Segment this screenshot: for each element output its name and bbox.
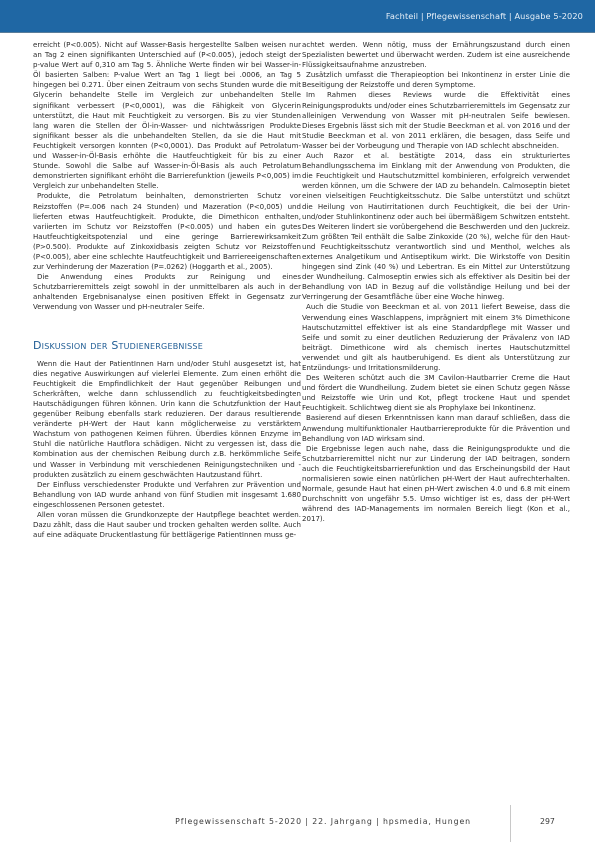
publication-info: Pflegewissenschaft 5-2020 | 22. Jahrgang… — [175, 817, 471, 826]
paragraph: Zusätzlich umfasst die Therapieoption be… — [302, 70, 570, 90]
paragraph: erreicht (P<0.005). Nicht auf Wasser-Bas… — [33, 40, 301, 191]
paragraph: Auch Razor et al. bestätigte 2014, dass … — [302, 151, 570, 302]
header-bar: Fachteil | Pflegewissenschaft | Ausgabe … — [0, 0, 595, 33]
paragraph: Im Rahmen dieses Reviews wurde die Effek… — [302, 90, 570, 151]
section-heading: Diskussion der Studienergebnisse — [33, 341, 301, 351]
left-column: erreicht (P<0.005). Nicht auf Wasser-Bas… — [33, 40, 301, 540]
paragraph: Die Ergebnisse legen auch nahe, dass die… — [302, 444, 570, 525]
running-title: Fachteil | Pflegewissenschaft | Ausgabe … — [386, 11, 583, 21]
paragraph: Basierend auf diesen Erkenntnissen kann … — [302, 413, 570, 443]
right-column: achtet werden. Wenn nötig, muss der Ernä… — [302, 40, 570, 525]
page-number: 297 — [540, 817, 555, 826]
paragraph: Produkte, die Petrolatum beinhalten, dem… — [33, 191, 301, 272]
paragraph: Die Anwendung eines Produkts zur Reinigu… — [33, 272, 301, 312]
paragraph: Der Einfluss verschiedenster Produkte un… — [33, 480, 301, 510]
paragraph: Wenn die Haut der PatientInnen Harn und/… — [33, 359, 301, 480]
page-footer: Pflegewissenschaft 5-2020 | 22. Jahrgang… — [0, 805, 595, 842]
paragraph: Allen voran müssen die Grundkonzepte der… — [33, 510, 301, 540]
paragraph: Auch die Studie von Beeckman et al. von … — [302, 302, 570, 373]
paragraph: achtet werden. Wenn nötig, muss der Ernä… — [302, 40, 570, 70]
paragraph: Des Weiteren schützt auch die 3M Cavilon… — [302, 373, 570, 413]
footer-divider — [510, 805, 511, 842]
